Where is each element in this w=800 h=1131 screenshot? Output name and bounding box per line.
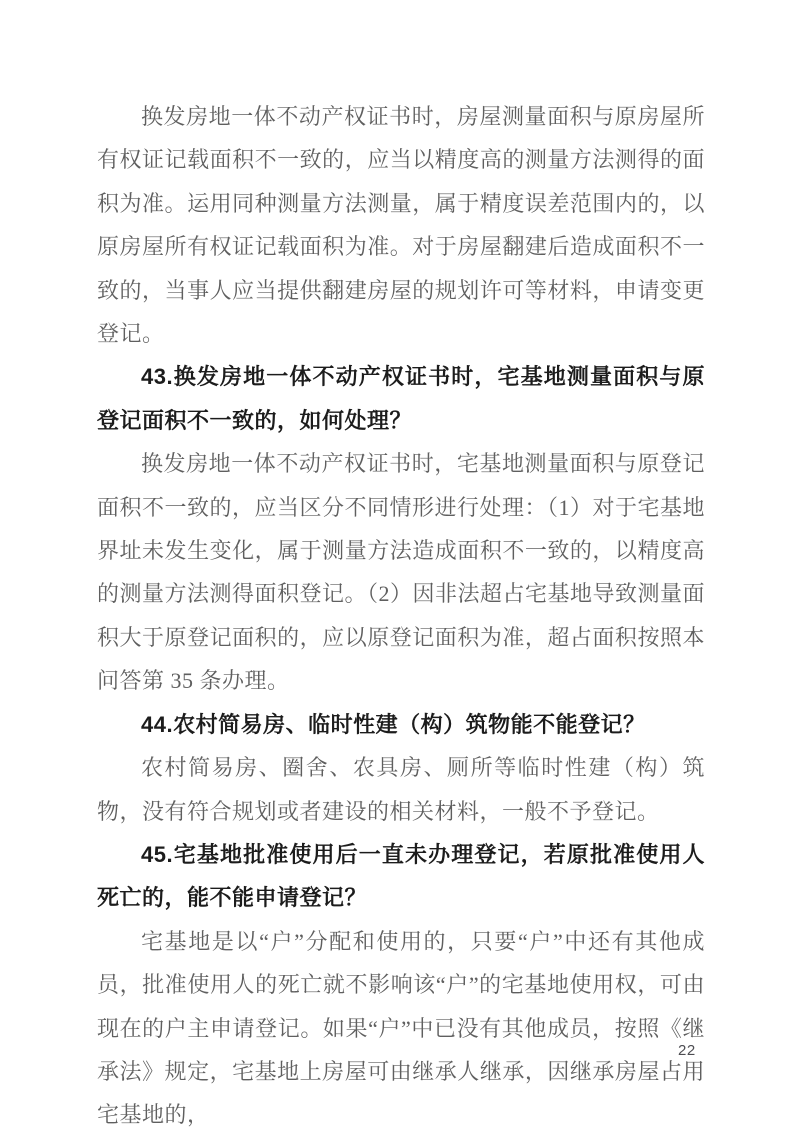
document-page: 换发房地一体不动产权证书时，房屋测量面积与原房屋所有权证记载面积不一致的，应当以… — [0, 0, 800, 1131]
body-paragraph-intro: 换发房地一体不动产权证书时，房屋测量面积与原房屋所有权证记载面积不一致的，应当以… — [97, 95, 705, 355]
question-heading-45: 45.宅基地批准使用后一直未办理登记，若原批准使用人死亡的，能不能申请登记？ — [97, 833, 705, 920]
answer-paragraph-45: 宅基地是以“户”分配和使用的，只要“户”中还有其他成员，批准使用人的死亡就不影响… — [97, 920, 705, 1131]
page-number: 22 — [678, 1042, 696, 1059]
question-heading-43: 43.换发房地一体不动产权证书时，宅基地测量面积与原登记面积不一致的，如何处理？ — [97, 355, 705, 442]
question-heading-44: 44.农村简易房、临时性建（构）筑物能不能登记？ — [97, 703, 705, 746]
answer-paragraph-43: 换发房地一体不动产权证书时，宅基地测量面积与原登记面积不一致的，应当区分不同情形… — [97, 442, 705, 702]
page-content: 换发房地一体不动产权证书时，房屋测量面积与原房屋所有权证记载面积不一致的，应当以… — [97, 95, 705, 1131]
answer-paragraph-44: 农村简易房、圈舍、农具房、厕所等临时性建（构）筑物，没有符合规划或者建设的相关材… — [97, 746, 705, 833]
